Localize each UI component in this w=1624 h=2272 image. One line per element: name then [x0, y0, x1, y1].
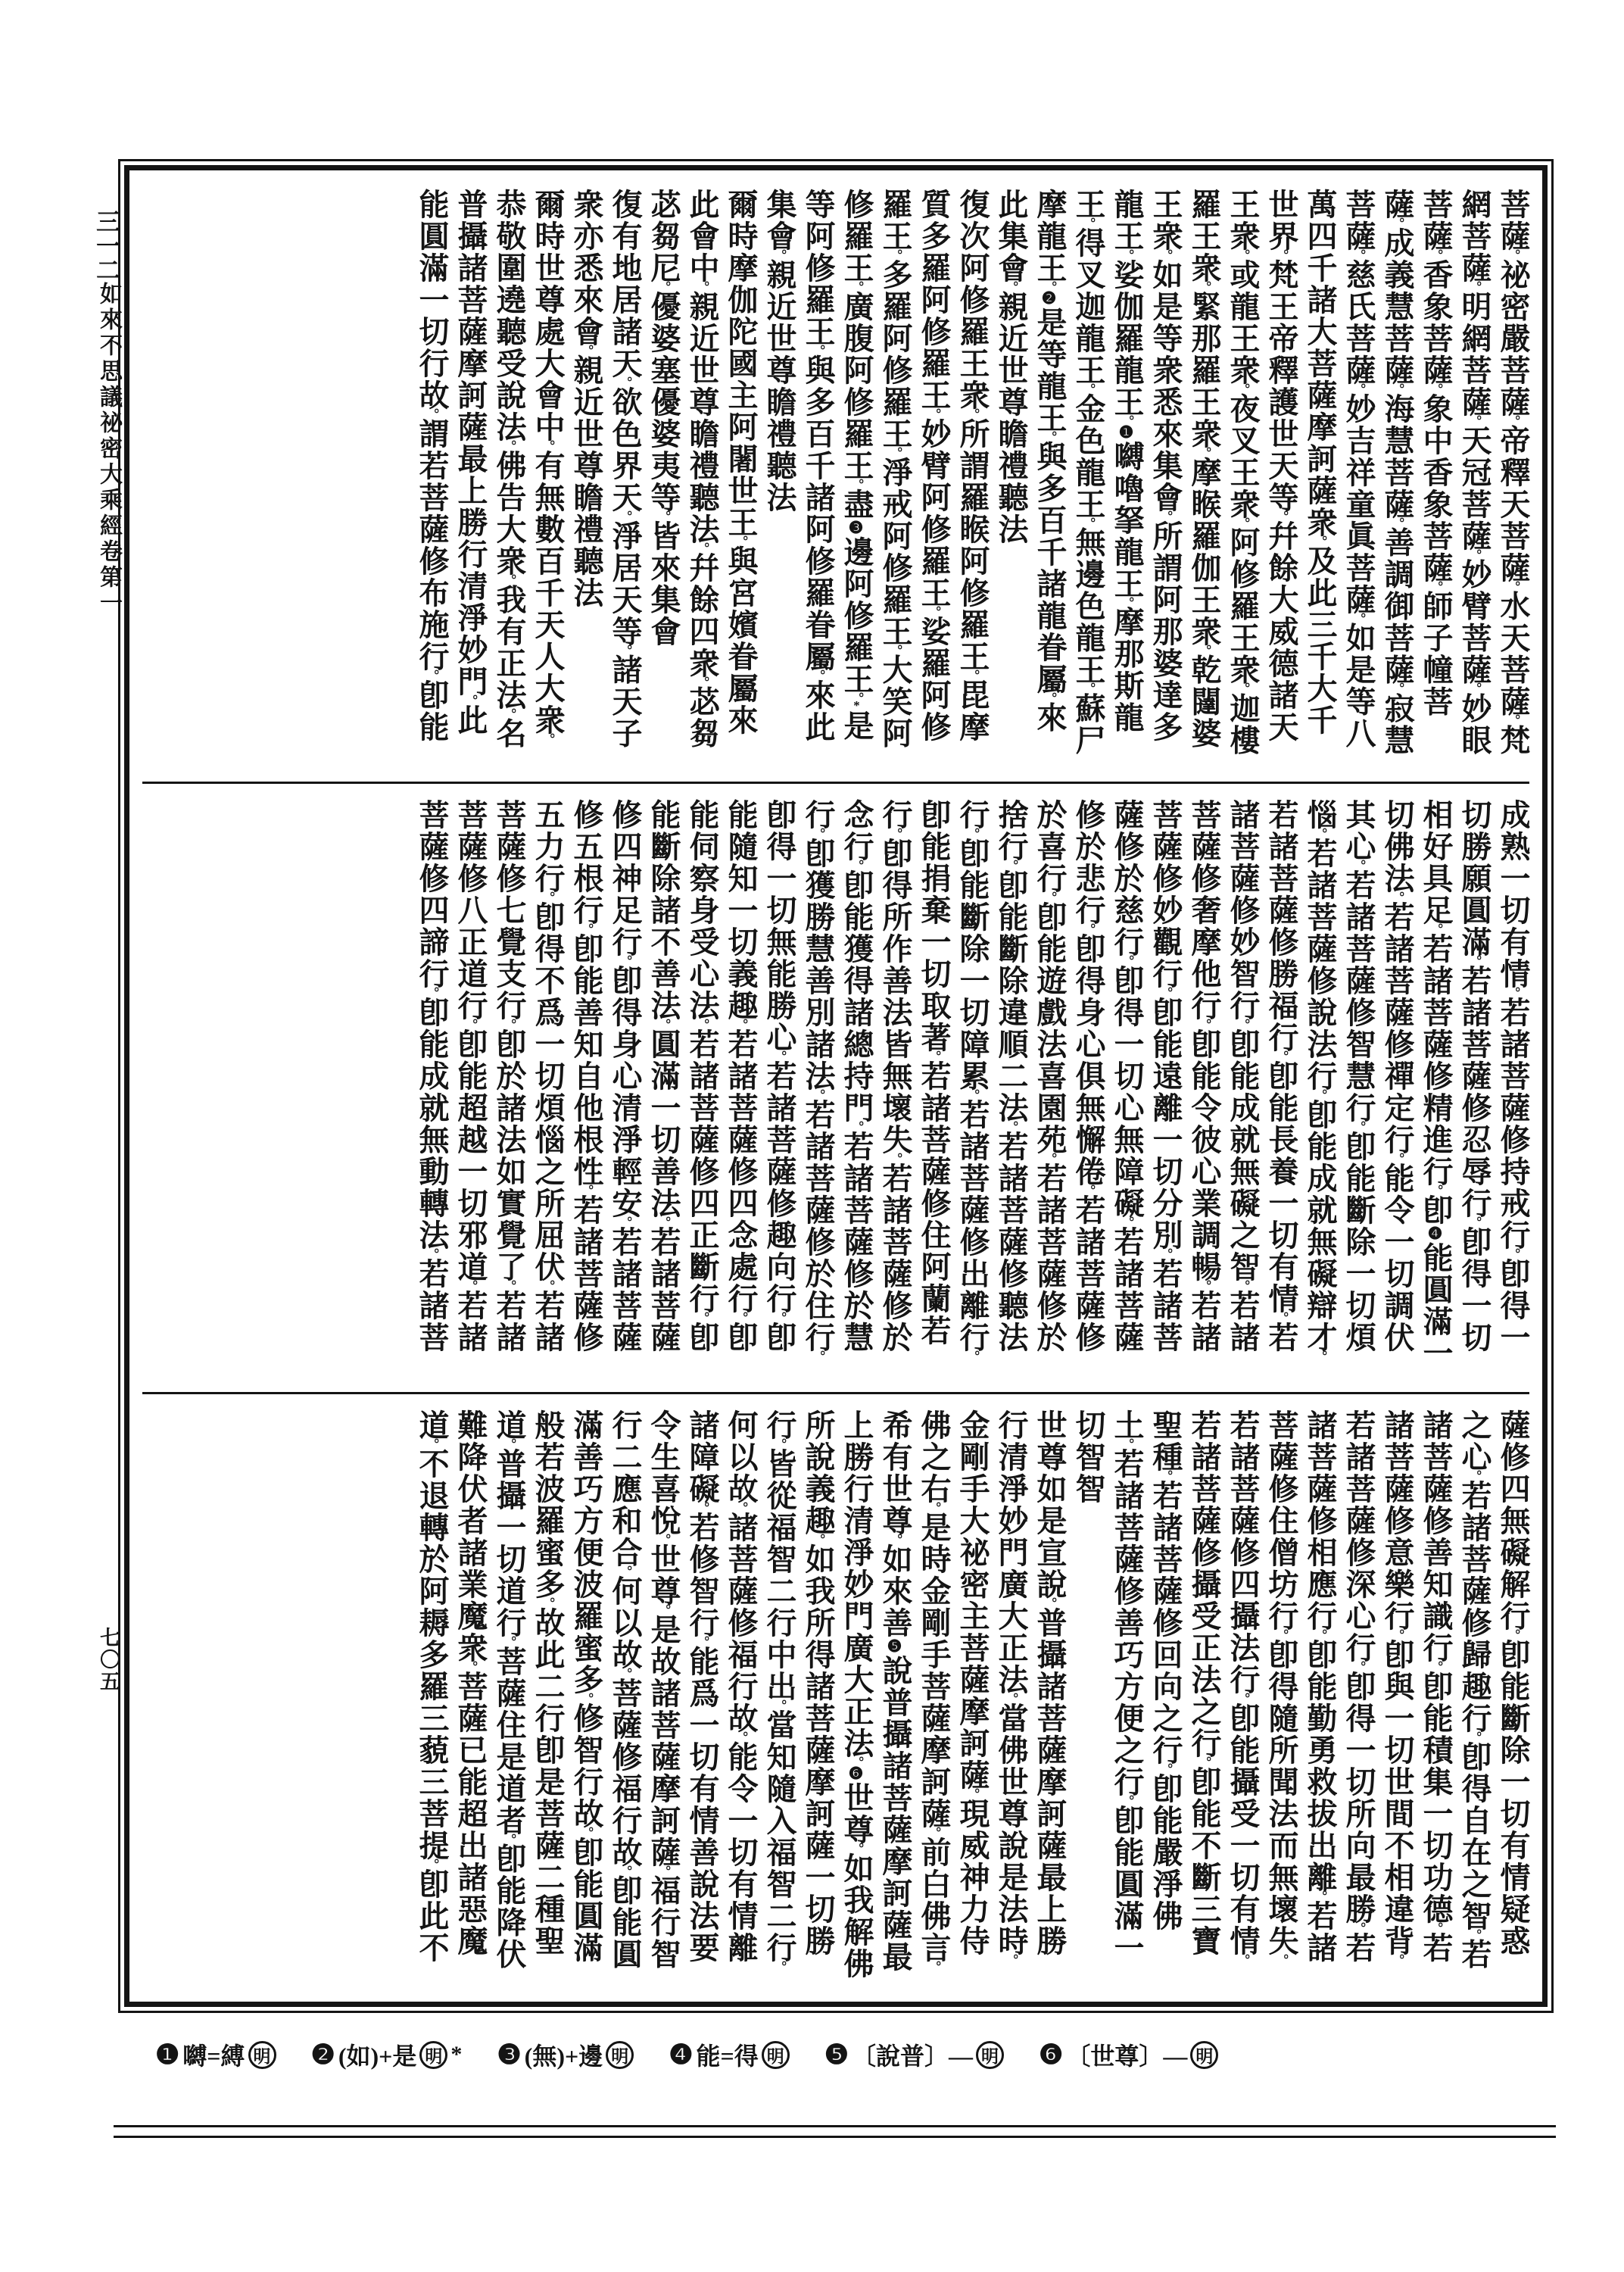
register-divider [142, 1392, 1529, 1394]
text-column: 滿善巧方便波羅蜜多。修智行故。卽能圓滿 [571, 1409, 601, 1986]
footnote-item: ❻〔世尊〕—明 [1039, 2037, 1218, 2072]
text-column: 何以故。諸菩薩修福行故。能令一切有情離 [725, 1409, 756, 1986]
text-column: 行清淨妙門廣大正法。當佛世尊說是法時。 [996, 1409, 1026, 1986]
text-column: 若諸菩薩修深心行。卽得一切所向最勝。若 [1343, 1409, 1373, 1986]
text-column: 菩薩。香象菩薩。象中香象菩薩。師子幢菩 [1420, 189, 1451, 766]
text-column: 上勝行清淨妙門廣大正法。❻世尊。如我解佛 [841, 1409, 871, 1986]
text-column: 恭敬圍遶聽受說法。佛告大衆。我有正法。名 [494, 189, 524, 766]
text-column: 王衆。或龍王衆。夜叉王衆。阿修羅王衆。迦樓 [1227, 189, 1258, 766]
text-column: 諸障礙。若修智行。能爲一切有情善說法要 [687, 1409, 717, 1986]
text-column: 切智智 [1073, 1409, 1103, 1986]
text-column: 羅王。多羅阿修羅王。淨戒阿修羅王。大笑阿 [880, 189, 910, 766]
text-column: 薩。成義慧菩薩。海慧菩薩。善調御菩薩。寂慧 [1382, 189, 1412, 766]
text-column: 於喜行。卽能遊戲法喜園苑。若諸菩薩修於 [1034, 799, 1064, 1376]
edition-siglum: 明 [976, 2041, 1004, 2069]
footnote-item: ❷(如)+是明* [311, 2037, 463, 2072]
footnote-item: ❺〔說普〕—明 [824, 2037, 1004, 2072]
text-column: 菩薩修七覺支行。卽於諸法如實覺了。若諸 [494, 799, 524, 1376]
text-column: 之心。若諸菩薩修歸趣行。卽得自在之智。若 [1459, 1409, 1489, 1986]
text-frame-border: 菩薩。祕密嚴菩薩。帝釋天菩薩。水天菩薩。梵網菩薩。明網菩薩。天冠菩薩。妙臂菩薩。… [118, 159, 1554, 2013]
footnote-item: ❹能=得明 [669, 2037, 790, 2072]
text-column: 所說義趣。如我所得諸菩薩摩訶薩一切勝 [803, 1409, 833, 1986]
edition-siglum: 明 [1190, 2041, 1218, 2069]
text-column: 金剛手大祕密主菩薩摩訶薩。現威神力侍 [957, 1409, 987, 1986]
text-column: 卽得一切無能勝心。若諸菩薩修趣向行。卽 [764, 799, 794, 1376]
text-column: 網菩薩。明網菩薩。天冠菩薩。妙臂菩薩。妙眼 [1459, 189, 1489, 766]
text-column: 修五根行。卽能善知自他根性。若諸菩薩修 [571, 799, 601, 1376]
edition-siglum: 明 [606, 2041, 634, 2069]
text-column: 道。普攝一切道行。菩薩住是道者。卽能降伏 [494, 1409, 524, 1986]
text-column: 令生喜悅。世尊。是故諸菩薩摩訶薩。福行智 [648, 1409, 678, 1986]
text-column: 諸菩薩修善知識行。卽能積集一切功德。若 [1420, 1409, 1451, 1986]
text-column: 若諸菩薩修勝福行。卽能長養一切有情。若 [1266, 799, 1296, 1376]
text-column: 此集會。親近世尊瞻禮聽法 [996, 189, 1026, 766]
scanned-sutra-page: 三一二 如來不思議祕密大乘經卷第一 七〇五 菩薩。祕密嚴菩薩。帝釋天菩薩。水天菩… [0, 0, 1624, 2272]
text-column: 普攝諸菩薩摩訶薩最上勝行清淨妙門。此 [455, 189, 485, 766]
text-column: 菩薩修奢摩他行。卽能令彼心業調暢。若諸 [1189, 799, 1219, 1376]
text-column: 菩薩。慈氏菩薩。妙吉祥童眞菩薩。如是等八 [1343, 189, 1373, 766]
text-column: 此會中。親近世尊瞻禮聽法。幷餘四衆。苾芻 [687, 189, 717, 766]
text-column: 般若波羅蜜多。故此二行卽是菩薩二種聖 [532, 1409, 563, 1986]
text-column: 菩薩修妙觀行。卽能遠離一切分別。若諸菩 [1150, 799, 1180, 1376]
text-column: 世尊如是宣說。普攝諸菩薩摩訶薩最上勝 [1034, 1409, 1064, 1986]
text-column: 諸菩薩修妙智行。卽能成就無礙之智。若諸 [1227, 799, 1258, 1376]
register-top: 菩薩。祕密嚴菩薩。帝釋天菩薩。水天菩薩。梵網菩薩。明網菩薩。天冠菩薩。妙臂菩薩。… [128, 189, 1536, 766]
text-column: 切佛法。若諸菩薩修禪定行。能令一切調伏 [1382, 799, 1412, 1376]
text-column: 佛之右。是時金剛手菩薩摩訶薩。前白佛言。 [918, 1409, 949, 1986]
text-column: 若諸菩薩修攝受正法之行。卽能不斷三寶 [1189, 1409, 1219, 1986]
text-column: 修羅王。廣腹阿修羅王。盡❸邊阿修羅王。*是 [841, 189, 871, 766]
text-column: 復次阿修羅王衆。所謂羅睺阿修羅王。毘摩 [957, 189, 987, 766]
text-column: 能隨知一切義趣。若諸菩薩修四念處行。卽 [725, 799, 756, 1376]
text-column: 苾芻尼。優婆塞優婆夷等。皆來集會 [648, 189, 678, 766]
text-column: 菩薩修住僧坊行。卽得隨所聞法而無壞失。 [1266, 1409, 1296, 1986]
text-column: 衆亦悉來會。親近世尊瞻禮聽法 [571, 189, 601, 766]
text-column: 質多羅阿修羅王。妙臂阿修羅王。娑羅阿修 [918, 189, 949, 766]
text-column: 行二應和合。何以故。菩薩修福行故。卽能圓 [609, 1409, 640, 1986]
text-column: 行。皆從福智二行中出。當知隨入福智二行。 [764, 1409, 794, 1986]
text-column: 羅王衆。緊那羅王衆。摩睺羅伽王衆。乾闥婆 [1189, 189, 1219, 766]
text-column: 菩薩。祕密嚴菩薩。帝釋天菩薩。水天菩薩。梵 [1498, 189, 1528, 766]
text-column: 王。得叉迦龍王。金色龍王。無邊色龍王。蘇尸 [1073, 189, 1103, 766]
text-column: 卽能捐棄一切取著。若諸菩薩修住阿蘭若 [918, 799, 949, 1376]
text-column: 捨行。卽能斷除違順二法。若諸菩薩修聽法 [996, 799, 1026, 1376]
text-column: 王衆。如是等衆悉來集會。所謂阿那婆達多 [1150, 189, 1180, 766]
edition-siglum: 明 [248, 2041, 276, 2069]
text-column: 集會。親近世尊瞻禮聽法 [764, 189, 794, 766]
text-column: 能圓滿一切行故。謂若菩薩修布施行。卽能 [416, 189, 447, 766]
text-column: 能伺察身受心法。若諸菩薩修四正斷行。卽 [687, 799, 717, 1376]
text-column: 薩修四無礙解行。卽能斷除一切有情疑惑 [1498, 1409, 1528, 1986]
text-column: 修於悲行。卽得身心俱無懈倦。若諸菩薩修 [1073, 799, 1103, 1376]
footnote-item: ❸(無)+邊明 [497, 2037, 634, 2072]
register-middle: 成熟一切有情。若諸菩薩修持戒行。卽得一切勝願圓滿。若諸菩薩修忍辱行。卽得一切相好… [128, 799, 1536, 1376]
edition-siglum: 明 [762, 2041, 790, 2069]
text-column: 摩龍王。❷是等龍王。與多百千諸龍眷屬。來 [1034, 189, 1064, 766]
text-column: 其心。若諸菩薩修智慧行。卽能斷除一切煩 [1343, 799, 1373, 1376]
text-column: 道。不退轉於阿耨多羅三藐三菩提。卽此不 [416, 1409, 447, 1986]
text-column: 行。卽得所作善法皆無壞失。若諸菩薩修於 [880, 799, 910, 1376]
text-column: 菩薩修四諦行。卽能成就無動轉法。若諸菩 [416, 799, 447, 1376]
text-column: 萬四千諸大菩薩摩訶薩衆。及此三千大千 [1304, 189, 1335, 766]
text-column: 行。卽獲勝慧善別諸法。若諸菩薩修於住行。 [803, 799, 833, 1376]
text-column: 爾時世尊處大會中。有無數百千天人大衆。 [532, 189, 563, 766]
text-column: 能斷除諸不善法。圓滿一切善法。若諸菩薩 [648, 799, 678, 1376]
text-column: 薩修於慈行。卽得一切心無障礙。若諸菩薩 [1111, 799, 1142, 1376]
text-column: 世界。梵王帝釋護世天等。幷餘大威德諸天 [1266, 189, 1296, 766]
text-column: 切勝願圓滿。若諸菩薩修忍辱行。卽得一切 [1459, 799, 1489, 1376]
text-column: 復有地居諸天。欲色界天。淨居天等。諸天子 [609, 189, 640, 766]
text-column: 菩薩修八正道行。卽能超越一切邪道。若諸 [455, 799, 485, 1376]
text-column: 修四神足行。卽得身心清淨輕安。若諸菩薩 [609, 799, 640, 1376]
text-column: 惱。若諸菩薩修說法行。卽能成就無礙辯才。 [1304, 799, 1335, 1376]
register-bottom: 薩修四無礙解行。卽能斷除一切有情疑惑之心。若諸菩薩修歸趣行。卽得自在之智。若諸菩… [128, 1409, 1536, 1986]
text-column: 若諸菩薩修四攝法行。卽能攝受一切有情。 [1227, 1409, 1258, 1986]
text-column: 等阿修羅王。與多百千諸阿修羅眷屬。來此 [803, 189, 833, 766]
footnote-item: ❶嚩=縛明 [155, 2037, 276, 2072]
register-divider [142, 782, 1529, 784]
text-column: 聖種。若諸菩薩修回向之行。卽能嚴淨佛 [1150, 1409, 1180, 1986]
text-column: 爾時摩伽陀國主阿闍世王。與宮嬪眷屬來 [725, 189, 756, 766]
text-column: 念行。卽能獲得諸總持門。若諸菩薩修於慧 [841, 799, 871, 1376]
text-column: 諸菩薩修相應行。卽能勤勇救拔出離。若諸 [1304, 1409, 1335, 1986]
footnote-bar: ❶嚩=縛明❷(如)+是明*❸(無)+邊明❹能=得明❺〔說普〕—明❻〔世尊〕—明 [155, 2037, 1442, 2072]
text-column: 相好具足。若諸菩薩修精進行。卽❹能圓滿一 [1420, 799, 1451, 1376]
edition-siglum: 明 [419, 2041, 447, 2069]
text-frame-inner: 菩薩。祕密嚴菩薩。帝釋天菩薩。水天菩薩。梵網菩薩。明網菩薩。天冠菩薩。妙臂菩薩。… [124, 165, 1548, 2007]
text-column: 五力行。卽得不爲一切煩惱之所屈伏。若諸 [532, 799, 563, 1376]
text-column: 土。若諸菩薩修善巧方便之行。卽能圓滿一 [1111, 1409, 1142, 1986]
text-column: 諸菩薩修意樂行。卽與一切世間不相違背。 [1382, 1409, 1412, 1986]
bottom-rule [114, 2136, 1556, 2138]
text-column: 龍王。娑伽羅龍王。❶嚩嚕拏龍王。摩那斯龍 [1111, 189, 1142, 766]
text-column: 成熟一切有情。若諸菩薩修持戒行。卽得一 [1498, 799, 1528, 1376]
text-column: 希有世尊。如來善❺說普攝諸菩薩摩訶薩最 [880, 1409, 910, 1986]
text-column: 行。卽能斷除一切障累。若諸菩薩修出離行。 [957, 799, 987, 1376]
text-column: 難降伏者諸業魔衆。菩薩已能超出諸惡魔 [455, 1409, 485, 1986]
bottom-rule [114, 2125, 1556, 2127]
